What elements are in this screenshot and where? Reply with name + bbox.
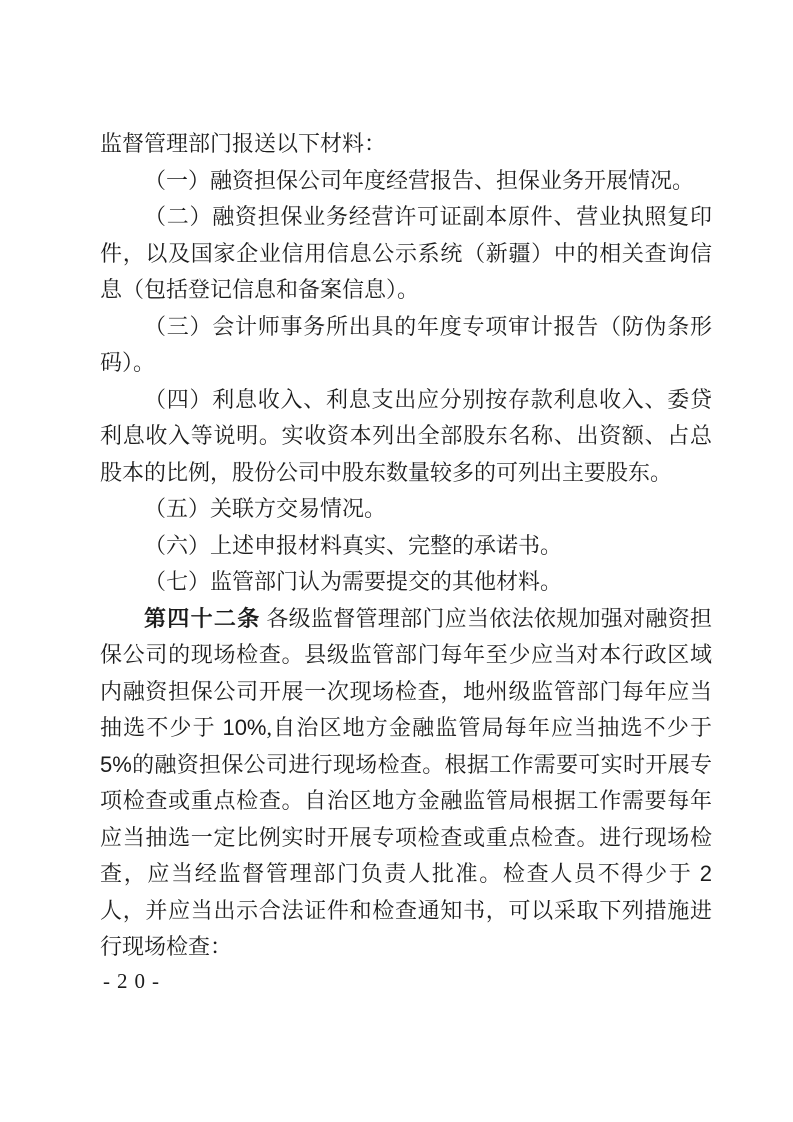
paragraph: （二）融资担保业务经营许可证副本原件、营业执照复印件，以及国家企业信用信息公示系… [100, 199, 712, 309]
paragraph: （七）监管部门认为需要提交的其他材料。 [100, 564, 712, 601]
paragraph: （三）会计师事务所出具的年度专项审计报告（防伪条形码）。 [100, 309, 712, 382]
numeric-text: 5% [100, 752, 132, 777]
page-number: -20- [103, 969, 166, 994]
paragraph: （五）关联方交易情况。 [100, 491, 712, 528]
document-page: 监督管理部门报送以下材料：（一）融资担保公司年度经营报告、担保业务开展情况。（二… [0, 0, 793, 1122]
paragraph: （六）上述申报材料真实、完整的承诺书。 [100, 528, 712, 565]
paragraph: 监督管理部门报送以下材料： [100, 126, 712, 163]
numeric-text: 2 [700, 861, 712, 886]
paragraph: 第四十二条 各级监督管理部门应当依法依规加强对融资担保公司的现场检查。县级监管部… [100, 601, 712, 966]
document-body: 监督管理部门报送以下材料：（一）融资担保公司年度经营报告、担保业务开展情况。（二… [100, 126, 712, 966]
paragraph: （一）融资担保公司年度经营报告、担保业务开展情况。 [100, 163, 712, 200]
paragraph: （四）利息收入、利息支出应分别按存款利息收入、委贷利息收入等说明。实收资本列出全… [100, 382, 712, 492]
article-number: 第四十二条 [144, 606, 261, 631]
numeric-text: 10% [222, 715, 266, 740]
